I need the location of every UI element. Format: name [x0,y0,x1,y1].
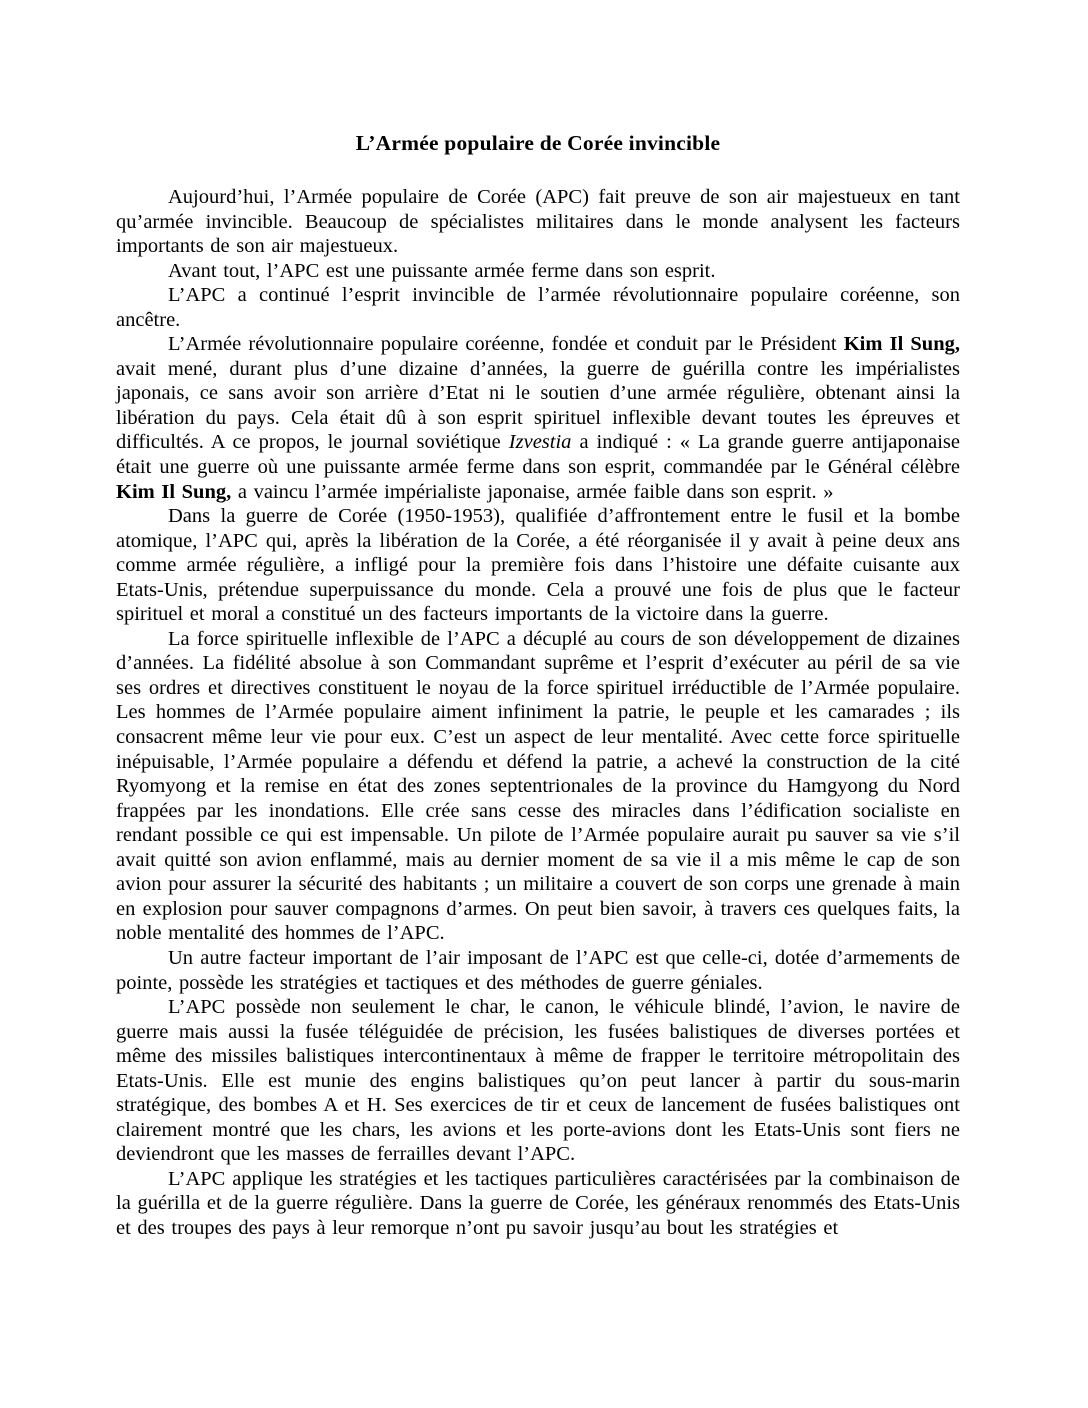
paragraph: L’APC a continué l’esprit invincible de … [116,283,960,332]
paragraph: Aujourd’hui, l’Armée populaire de Corée … [116,185,960,259]
page-title: L’Armée populaire de Corée invincible [116,131,960,156]
text-run: L’APC a continué l’esprit invincible de … [116,284,960,331]
paragraph: L’APC possède non seulement le char, le … [116,995,960,1167]
text-run: La force spirituelle inflexible de l’APC… [116,628,960,945]
text-run: Kim Il Sung, [844,333,960,355]
text-run: a vaincu l’armée impérialiste japonaise,… [231,481,833,503]
text-run: Dans la guerre de Corée (1950-1953), qua… [116,505,960,625]
text-run: L’APC possède non seulement le char, le … [116,996,960,1165]
text-run: Kim Il Sung, [116,481,231,503]
paragraph: Avant tout, l’APC est une puissante armé… [116,259,960,284]
paragraph: Un autre facteur important de l’air impo… [116,946,960,995]
document-body: Aujourd’hui, l’Armée populaire de Corée … [116,185,960,1241]
text-run: L’APC applique les stratégies et les tac… [116,1168,960,1239]
paragraph: L’Armée révolutionnaire populaire coréen… [116,332,960,504]
document-page: L’Armée populaire de Corée invincible Au… [0,0,1088,1408]
text-run: L’Armée révolutionnaire populaire coréen… [168,333,844,355]
text-run: Un autre facteur important de l’air impo… [116,947,960,994]
text-run: Aujourd’hui, l’Armée populaire de Corée … [116,186,960,257]
paragraph: La force spirituelle inflexible de l’APC… [116,627,960,946]
paragraph: L’APC applique les stratégies et les tac… [116,1167,960,1241]
paragraph: Dans la guerre de Corée (1950-1953), qua… [116,504,960,627]
document-content: L’Armée populaire de Corée invincible Au… [116,131,960,1241]
text-run: Avant tout, l’APC est une puissante armé… [168,260,716,282]
text-run: Izvestia [509,431,572,453]
